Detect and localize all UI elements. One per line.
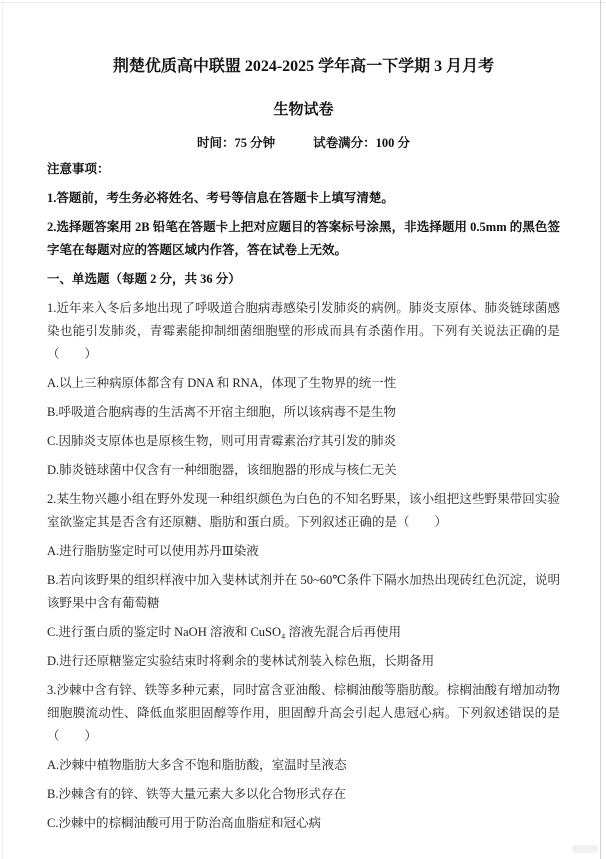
question-1-option-d: D.肺炎链球菌中仅含有一种细胞器，该细胞器的形成与核仁无关: [47, 459, 560, 482]
section-heading-single-choice: 一、单选题（每题 2 分，共 36 分）: [47, 268, 560, 291]
question-3-option-c: C.沙棘中的棕榈油酸可用于防治高血脂症和冠心病: [47, 812, 560, 835]
question-3-stem: 3.沙棘中含有锌、铁等多种元素，同时富含亚油酸、棕榈油酸等脂肪酸。棕榈油酸有增加…: [47, 679, 560, 748]
notice-item-1: 1.答题前，考生务必将姓名、考号等信息在答题卡上填写清楚。: [47, 187, 560, 210]
question-1-stem: 1.近年来入冬后多地出现了呼吸道合胞病毒感染引发肺炎的病例。肺炎支原体、肺炎链球…: [47, 297, 560, 366]
exam-full-score: 试卷满分：100 分: [313, 134, 410, 152]
question-3: 3.沙棘中含有锌、铁等多种元素，同时富含亚油酸、棕榈油酸等脂肪酸。棕榈油酸有增加…: [47, 679, 560, 835]
exam-meta: 时间：75 分钟 试卷满分：100 分: [47, 134, 560, 152]
page-title: 荆楚优质高中联盟 2024-2025 学年高一下学期 3 月月考: [47, 56, 560, 78]
notice-item-2: 2.选择题答案用 2B 铅笔在答题卡上把对应题目的答案标号涂黑，非选择题用 0.…: [47, 216, 560, 262]
question-2-stem: 2.某生物兴趣小组在野外发现一种组织颜色为白色的不知名野果，该小组把这些野果带回…: [47, 488, 560, 534]
exam-paper-page: 荆楚优质高中联盟 2024-2025 学年高一下学期 3 月月考 生物试卷 时间…: [0, 0, 606, 859]
question-1-option-b: B.呼吸道合胞病毒的生活离不开宿主细胞，所以该病毒不是生物: [47, 401, 560, 424]
paper-subtitle: 生物试卷: [47, 100, 560, 121]
question-3-option-a: A.沙棘中植物脂肪大多含不饱和脂肪酸，室温时呈液态: [47, 754, 560, 777]
exam-duration: 时间：75 分钟: [197, 134, 275, 152]
question-2: 2.某生物兴趣小组在野外发现一种组织颜色为白色的不知名野果，该小组把这些野果带回…: [47, 488, 560, 673]
notice-heading: 注意事项：: [47, 158, 560, 181]
scan-artifact: [572, 845, 598, 853]
question-1: 1.近年来入冬后多地出现了呼吸道合胞病毒感染引发肺炎的病例。肺炎支原体、肺炎链球…: [47, 297, 560, 482]
question-2-option-a: A.进行脂肪鉴定时可以使用苏丹Ⅲ染液: [47, 540, 560, 563]
document-content: 荆楚优质高中联盟 2024-2025 学年高一下学期 3 月月考 生物试卷 时间…: [0, 0, 606, 835]
question-1-option-a: A.以上三种病原体都含有 DNA 和 RNA，体现了生物界的统一性: [47, 372, 560, 395]
question-2-option-b: B.若向该野果的组织样液中加入斐林试剂并在 50~60℃条件下隔水加热出现砖红色…: [47, 569, 560, 615]
question-2-option-d: D.进行还原糖鉴定实验结束时将剩余的斐林试剂装入棕色瓶，长期备用: [47, 650, 560, 673]
question-2-option-c: C.进行蛋白质的鉴定时 NaOH 溶液和 CuSO₄ 溶液先混合后再使用: [47, 621, 560, 644]
question-1-option-c: C.因肺炎支原体也是原核生物，则可用青霉素治疗其引发的肺炎: [47, 430, 560, 453]
question-3-option-b: B.沙棘含有的锌、铁等大量元素大多以化合物形式存在: [47, 783, 560, 806]
